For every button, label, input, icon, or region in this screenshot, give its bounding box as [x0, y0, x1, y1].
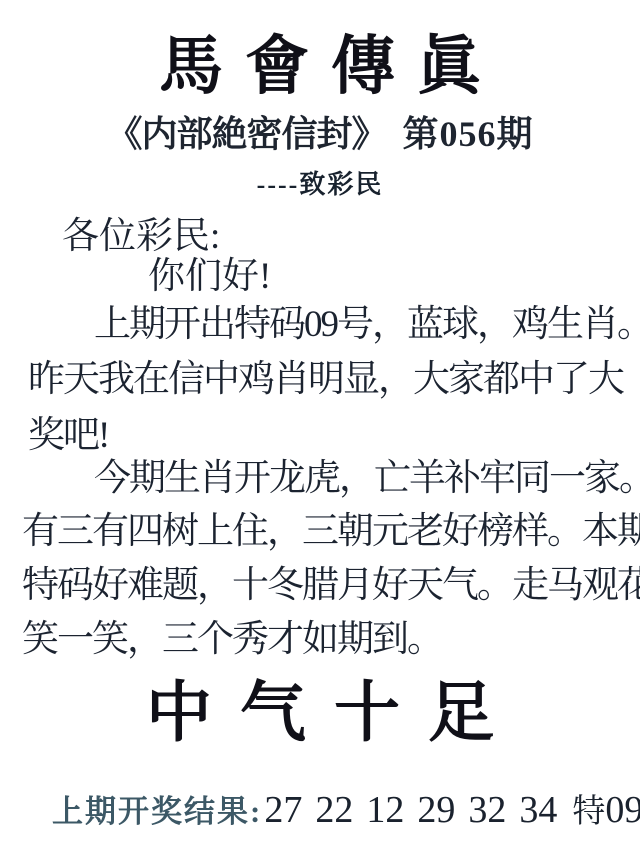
body-line: 奖吧! [28, 415, 108, 458]
result-number: 32 [468, 789, 506, 831]
body-line: 上期开出特码09号，蓝球，鸡生肖。 [94, 304, 640, 347]
body-line: 笑一笑，三个秀才如期到。 [22, 619, 442, 662]
result-number: 12 [366, 789, 404, 831]
body-line: 有三有四树上住，三朝元老好榜样。本期 [22, 511, 640, 554]
subtitle: 《内部絶密信封》 [106, 114, 386, 154]
result-number: 34 [519, 789, 557, 831]
salutation: 各位彩民: [62, 216, 220, 259]
fax-sheet: 馬會傳眞 《内部絶密信封》第056期 ----致彩民 各位彩民: 你们好! 上期… [0, 0, 640, 851]
special-number: 09 [605, 789, 640, 831]
greeting: 你们好! [148, 256, 271, 299]
body-line: 特码好难题，十冬腊月好天气。走马观花 [22, 565, 640, 608]
result-numbers: 272212293234 [264, 789, 570, 831]
dedication: ----致彩民 [257, 170, 384, 200]
result-number: 29 [417, 789, 455, 831]
body-line: 昨天我在信中鸡肖明显，大家都中了大 [28, 359, 623, 402]
subtitle-row: 《内部絶密信封》第056期 [106, 114, 533, 155]
special-number-prefix: 特 [572, 794, 605, 830]
slogan: 中气十足 [118, 676, 522, 752]
issue-number: 第056期 [403, 114, 534, 154]
result-number: 22 [315, 789, 353, 831]
page-title: 馬會傳眞 [137, 30, 503, 104]
last-draw-result: 上期开奖结果:272212293234特09 [52, 789, 640, 833]
last-draw-label: 上期开奖结果: [52, 794, 262, 829]
body-line: 今期生肖开龙虎，亡羊补牢同一家。 [94, 458, 640, 501]
result-number: 27 [264, 789, 302, 831]
